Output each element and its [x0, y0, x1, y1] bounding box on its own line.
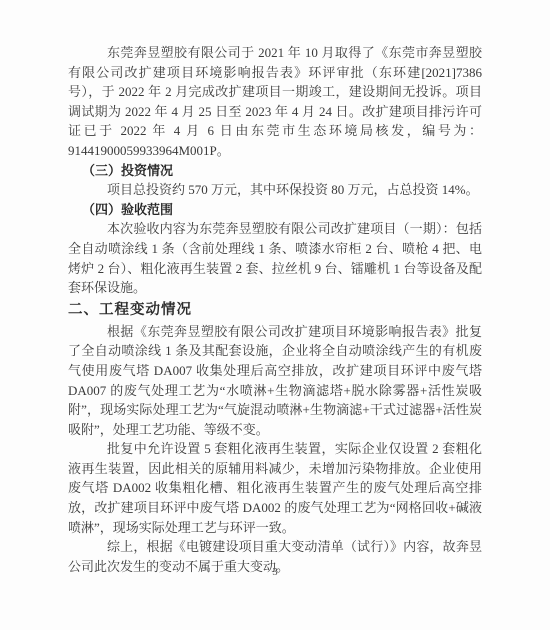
- heading-investment-situation: （三）投资情况: [68, 161, 482, 181]
- heading-acceptance-scope: （四）验收范围: [68, 200, 482, 220]
- page-number: 3: [0, 567, 550, 578]
- paragraph-acceptance-scope: 本次验收内容为东莞奔昱塑胶有限公司改扩建项目（一期）：包括全自动喷涂线 1 条（…: [68, 219, 482, 297]
- paragraph-changes-waste-gas: 根据《东莞奔昱塑胶有限公司改扩建项目环境影响报告表》批复了全自动喷涂线 1 条及…: [68, 322, 482, 440]
- heading-project-changes: 二、工程变动情况: [68, 300, 482, 321]
- document-text-block: 东莞奔昱塑胶有限公司于 2021 年 10 月取得了《东莞市奔昱塑胶有限公司改扩…: [68, 43, 482, 576]
- paragraph-investment: 项目总投资约 570 万元，其中环保投资 80 万元，占总投资 14%。: [68, 180, 482, 200]
- paragraph-changes-regeneration-devices: 批复中允许设置 5 套粗化液再生装置，实际企业仅设置 2 套粗化液再生装置，因此…: [68, 439, 482, 537]
- paragraph-approval-history: 东莞奔昱塑胶有限公司于 2021 年 10 月取得了《东莞市奔昱塑胶有限公司改扩…: [68, 43, 482, 161]
- document-page: 东莞奔昱塑胶有限公司于 2021 年 10 月取得了《东莞市奔昱塑胶有限公司改扩…: [0, 0, 550, 630]
